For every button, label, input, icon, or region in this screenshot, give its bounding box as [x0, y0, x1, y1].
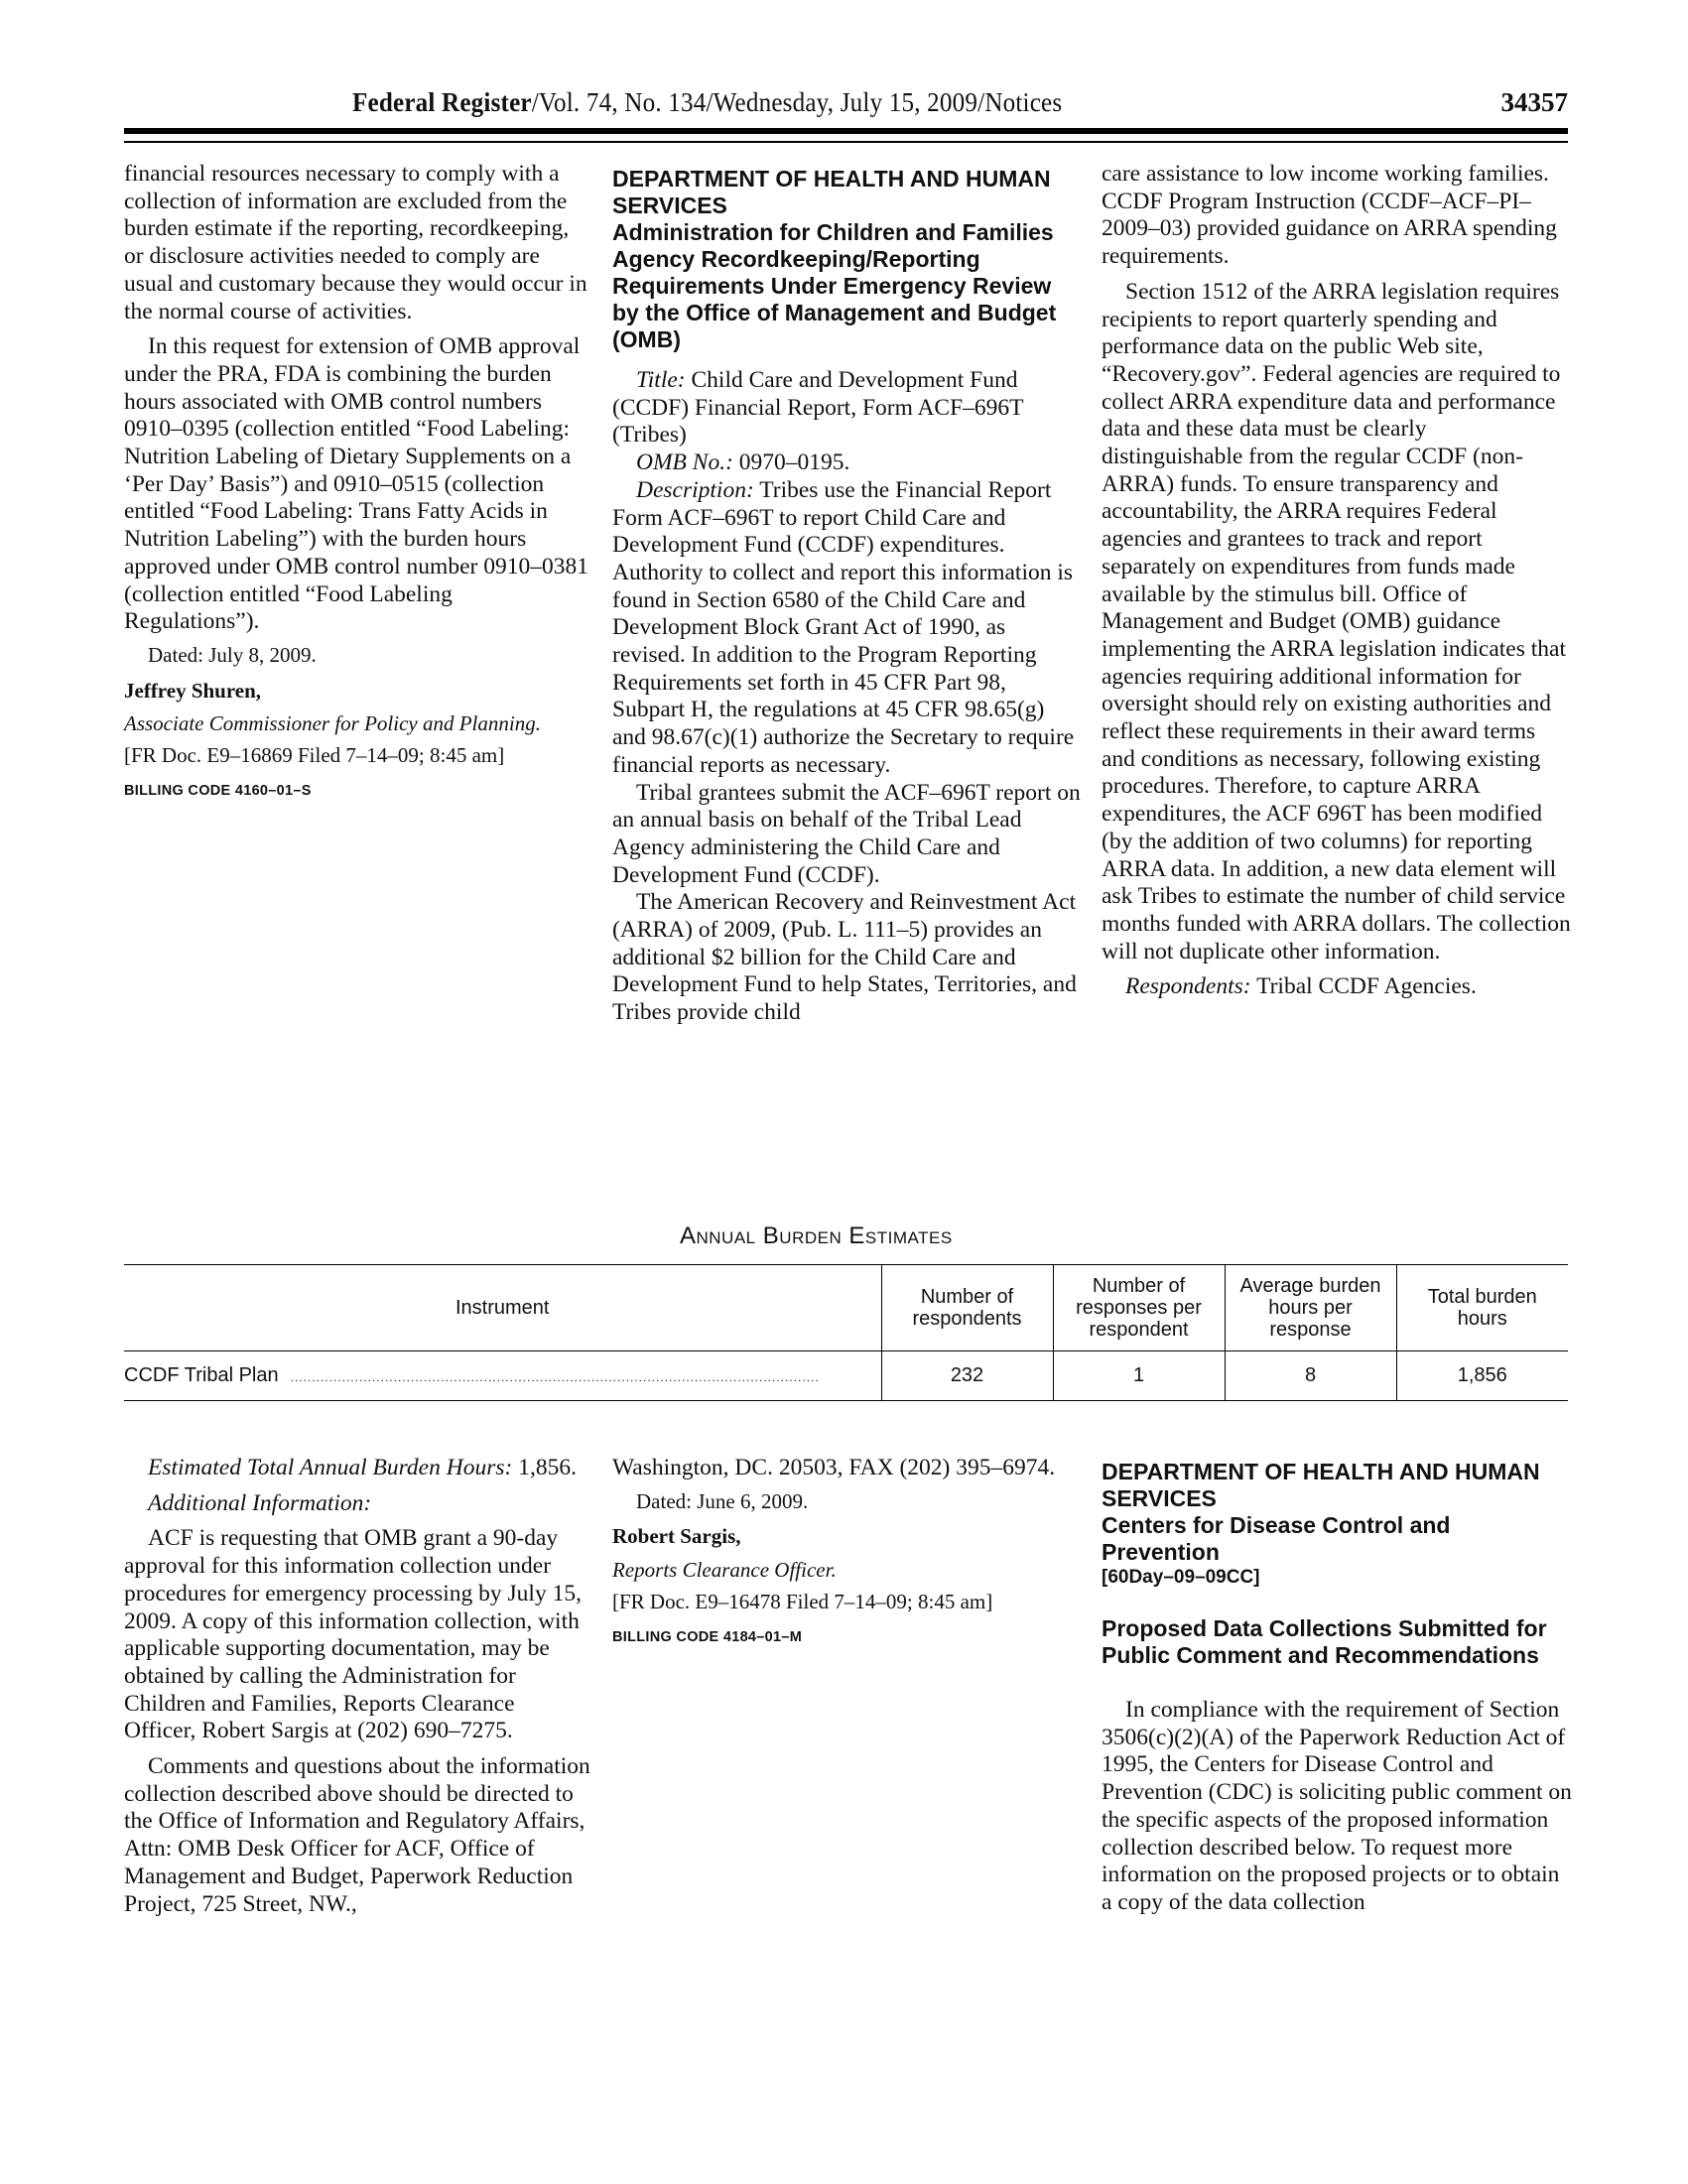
page-number: 34357	[1501, 87, 1569, 118]
field-label: Estimated Total Annual Burden Hours:	[148, 1455, 512, 1480]
paragraph: financial resources necessary to comply …	[124, 161, 590, 325]
publication-title: Federal Register/Vol. 74, No. 134/Wednes…	[352, 87, 1062, 118]
column-4: Estimated Total Annual Burden Hours: 1,8…	[124, 1455, 590, 1918]
title-field: Title: Child Care and Development Fund (…	[612, 367, 1081, 450]
field-label: Title:	[636, 367, 686, 393]
column-1: financial resources necessary to comply …	[124, 161, 590, 806]
docket-number: [60Day–09–09CC]	[1102, 1566, 1573, 1590]
cell-total-hours: 1,856	[1396, 1351, 1568, 1401]
description-field: Description: Tribes use the Financial Re…	[612, 477, 1081, 780]
subject-heading: Agency Recordkeeping/Reporting Requireme…	[612, 246, 1081, 353]
column-header-instrument: Instrument	[124, 1265, 881, 1351]
dot-leader: ........................................…	[291, 1370, 873, 1384]
billing-code: BILLING CODE 4184–01–M	[612, 1624, 1081, 1652]
publication-name: Federal Register	[352, 87, 532, 117]
column-header-responses: Number of responses per respondent	[1053, 1265, 1225, 1351]
column-header-avg-hours: Average burden hours per response	[1225, 1265, 1396, 1351]
paragraph: In this request for extension of OMB app…	[124, 333, 590, 636]
table-header-row: Instrument Number of respondents Number …	[124, 1265, 1568, 1351]
cell-avg-hours: 8	[1225, 1351, 1396, 1401]
agency-heading: DEPARTMENT OF HEALTH AND HUMAN SERVICES	[1102, 1459, 1573, 1512]
header-rule-thick	[124, 128, 1568, 134]
fr-doc-filed: [FR Doc. E9–16478 Filed 7–14–09; 8:45 am…	[612, 1589, 1081, 1616]
field-value: Tribes use the Financial Report Form ACF…	[612, 477, 1074, 778]
column-header-total-hours: Total burden hours	[1396, 1265, 1568, 1351]
dated-line: Dated: July 8, 2009.	[124, 642, 590, 670]
sub-agency-heading: Administration for Children and Families	[612, 219, 1081, 246]
table-title: Annual Burden Estimates	[680, 1222, 953, 1250]
field-label: OMB No.:	[636, 450, 733, 475]
column-6: DEPARTMENT OF HEALTH AND HUMAN SERVICES …	[1102, 1459, 1573, 1917]
field-label: Respondents:	[1125, 973, 1251, 999]
table-row: CCDF Tribal Plan .......................…	[124, 1351, 1568, 1401]
estimated-burden-field: Estimated Total Annual Burden Hours: 1,8…	[124, 1455, 590, 1482]
column-3: care assistance to low income working fa…	[1102, 161, 1573, 1001]
signer-name: Jeffrey Shuren,	[124, 678, 590, 706]
paragraph: Tribal grantees submit the ACF–696T repo…	[612, 780, 1081, 890]
additional-info-label: Additional Information:	[124, 1490, 590, 1518]
sub-agency-heading: Centers for Disease Control and Preventi…	[1102, 1512, 1573, 1566]
signer-title: Reports Clearance Officer.	[612, 1557, 1081, 1583]
field-label: Description:	[636, 477, 754, 503]
subject-heading: Proposed Data Collections Submitted for …	[1102, 1615, 1573, 1669]
omb-number-field: OMB No.: 0970–0195.	[612, 450, 1081, 477]
paragraph: The American Recovery and Reinvestment A…	[612, 889, 1081, 1027]
header-rule-thin	[124, 141, 1568, 143]
field-label: Additional Information:	[148, 1490, 371, 1516]
field-value: 0970–0195.	[733, 450, 850, 475]
annual-burden-table: Instrument Number of respondents Number …	[124, 1264, 1568, 1401]
paragraph: Comments and questions about the informa…	[124, 1753, 590, 1918]
instrument-name: CCDF Tribal Plan	[124, 1364, 279, 1387]
billing-code: BILLING CODE 4160–01–S	[124, 778, 590, 806]
signer-title: Associate Commissioner for Policy and Pl…	[124, 710, 590, 736]
column-header-respondents: Number of respondents	[881, 1265, 1053, 1351]
paragraph: ACF is requesting that OMB grant a 90-da…	[124, 1525, 590, 1745]
field-value: 1,856.	[512, 1455, 577, 1480]
signer-name: Robert Sargis,	[612, 1523, 1081, 1551]
running-head: Federal Register/Vol. 74, No. 134/Wednes…	[124, 87, 1568, 127]
cell-responses: 1	[1053, 1351, 1225, 1401]
column-5: Washington, DC. 20503, FAX (202) 395–697…	[612, 1455, 1081, 1652]
paragraph: Washington, DC. 20503, FAX (202) 395–697…	[612, 1455, 1081, 1482]
cell-respondents: 232	[881, 1351, 1053, 1401]
field-value: Tribal CCDF Agencies.	[1251, 973, 1477, 999]
fr-doc-filed: [FR Doc. E9–16869 Filed 7–14–09; 8:45 am…	[124, 742, 590, 770]
paragraph: In compliance with the requirement of Se…	[1102, 1697, 1573, 1917]
respondents-field: Respondents: Tribal CCDF Agencies.	[1102, 973, 1573, 1001]
agency-heading: DEPARTMENT OF HEALTH AND HUMAN SERVICES	[612, 166, 1081, 219]
volume-info: /Vol. 74, No. 134/Wednesday, July 15, 20…	[532, 87, 1063, 117]
cell-instrument: CCDF Tribal Plan .......................…	[124, 1351, 881, 1401]
paragraph: Section 1512 of the ARRA legislation req…	[1102, 279, 1573, 966]
column-2: DEPARTMENT OF HEALTH AND HUMAN SERVICES …	[612, 166, 1081, 1027]
paragraph: care assistance to low income working fa…	[1102, 161, 1573, 271]
dated-line: Dated: June 6, 2009.	[612, 1488, 1081, 1516]
